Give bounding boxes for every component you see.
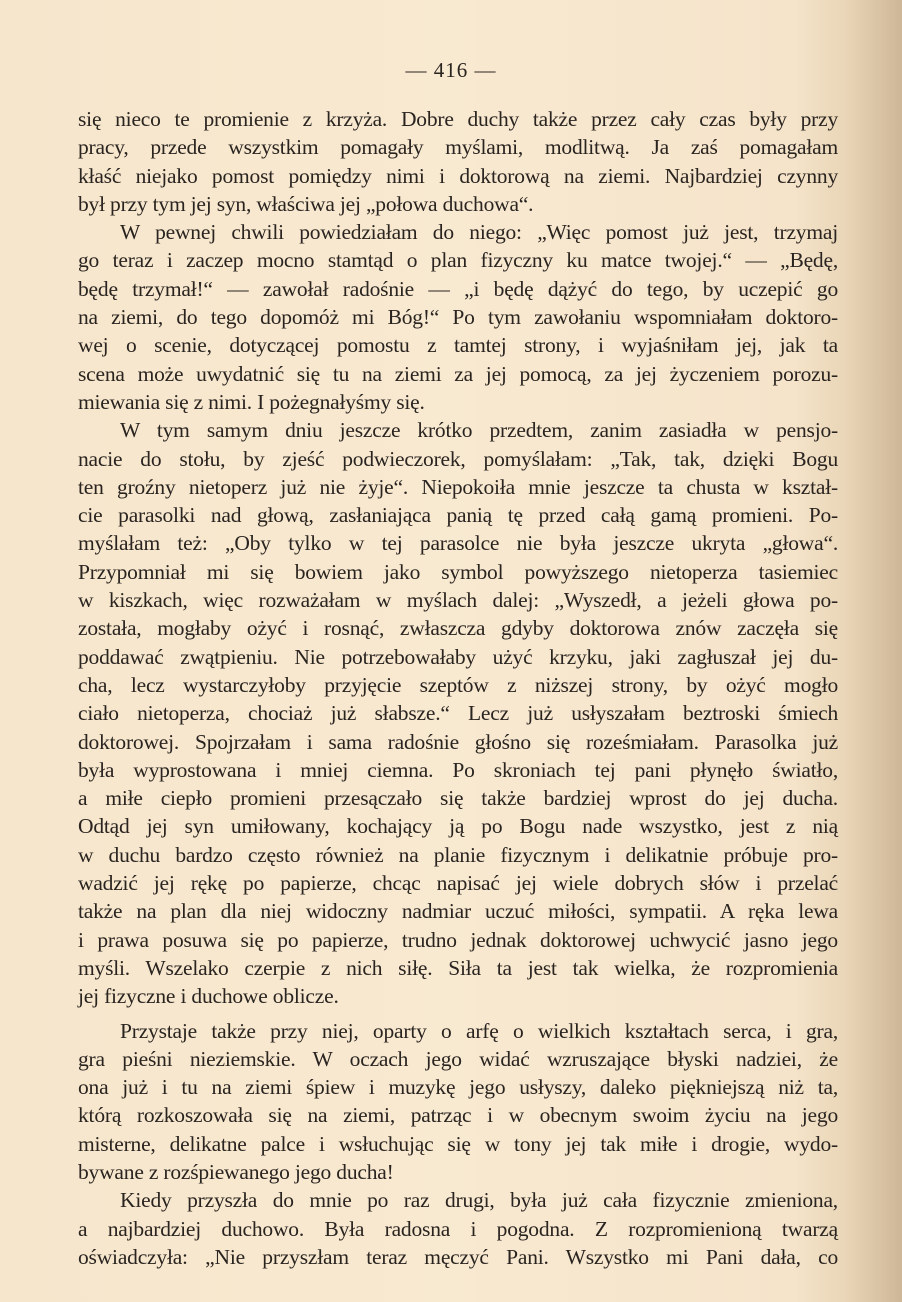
text-line: myśli. Wszelako czerpie z nich siłę. Sił… bbox=[78, 954, 838, 982]
text-line: doktorowej. Spojrzałam i sama radośnie g… bbox=[78, 728, 838, 756]
paragraph: się nieco te promienie z krzyża. Dobre d… bbox=[78, 105, 838, 218]
text-line: wej o scenie, dotyczącej pomostu z tamte… bbox=[78, 331, 838, 359]
text-line: będę trzymał!“ — zawołał radośnie — „i b… bbox=[78, 275, 838, 303]
text-line: na ziemi, do tego dopomóż mi Bóg!“ Po ty… bbox=[78, 303, 838, 331]
text-line: kłaść niejako pomost pomiędzy nimi i dok… bbox=[78, 162, 838, 190]
text-line: cha, lecz wystarczyłoby przyjęcie szeptó… bbox=[78, 671, 838, 699]
text-line: Przypomniał mi się bowiem jako symbol po… bbox=[78, 558, 838, 586]
text-line: ten groźny nietoperz już nie żyje“. Niep… bbox=[78, 473, 838, 501]
text-line: Przystaje także przy niej, oparty o arfę… bbox=[78, 1017, 838, 1045]
text-line: gra pieśni nieziemskie. W oczach jego wi… bbox=[78, 1045, 838, 1073]
text-line: ona już i tu na ziemi śpiew i muzykę jeg… bbox=[78, 1073, 838, 1101]
paragraph: Przystaje także przy niej, oparty o arfę… bbox=[78, 1017, 838, 1187]
text-line: a miłe ciepło promieni przesączało się t… bbox=[78, 784, 838, 812]
text-line: jej fizyczne i duchowe oblicze. bbox=[78, 982, 838, 1010]
text-line: myślałam też: „Oby tylko w tej parasolce… bbox=[78, 529, 838, 557]
text-line: się nieco te promienie z krzyża. Dobre d… bbox=[78, 105, 838, 133]
text-line: w duchu bardzo często również na planie … bbox=[78, 841, 838, 869]
text-line: oświadczyła: „Nie przyszłam teraz męczyć… bbox=[78, 1243, 838, 1271]
text-line: i prawa posuwa się po papierze, trudno j… bbox=[78, 926, 838, 954]
text-line: także na plan dla niej widoczny nadmiar … bbox=[78, 897, 838, 925]
text-line: Kiedy przyszła do mnie po raz drugi, był… bbox=[78, 1186, 838, 1214]
text-line: misterne, delikatne palce i wsłuchując s… bbox=[78, 1130, 838, 1158]
text-line: go teraz i zaczep mocno stamtąd o plan f… bbox=[78, 246, 838, 274]
text-line: a najbardziej duchowo. Była radosna i po… bbox=[78, 1215, 838, 1243]
text-line: cie parasolki nad głową, zasłaniająca pa… bbox=[78, 501, 838, 529]
page-number: — 416 — bbox=[0, 58, 902, 83]
paragraph: W tym samym dniu jeszcze krótko przedtem… bbox=[78, 416, 838, 1010]
text-line: bywane z rozśpiewanego jego ducha! bbox=[78, 1158, 838, 1186]
text-line: Odtąd jej syn umiłowany, kochający ją po… bbox=[78, 812, 838, 840]
paragraph: W pewnej chwili powiedziałam do niego: „… bbox=[78, 218, 838, 416]
text-line: W tym samym dniu jeszcze krótko przedtem… bbox=[78, 416, 838, 444]
text-line: nacie do stołu, by zjeść podwieczorek, p… bbox=[78, 445, 838, 473]
text-line: była wyprostowana i mniej ciemna. Po skr… bbox=[78, 756, 838, 784]
page-body: się nieco te promienie z krzyża. Dobre d… bbox=[78, 105, 838, 1271]
text-line: pracy, przede wszystkim pomagały myślami… bbox=[78, 133, 838, 161]
paragraph: Kiedy przyszła do mnie po raz drugi, był… bbox=[78, 1186, 838, 1271]
text-line: miewania się z nimi. I pożegnałyśmy się. bbox=[78, 388, 838, 416]
text-line: W pewnej chwili powiedziałam do niego: „… bbox=[78, 218, 838, 246]
text-line: ciało nietoperza, chociaż już słabsze.“ … bbox=[78, 699, 838, 727]
text-line: scena może uwydatnić się tu na ziemi za … bbox=[78, 360, 838, 388]
text-line: był przy tym jej syn, właściwa jej „poło… bbox=[78, 190, 838, 218]
text-line: w kiszkach, więc rozważałam w myślach da… bbox=[78, 586, 838, 614]
text-line: którą rozkoszowała się na ziemi, patrząc… bbox=[78, 1101, 838, 1129]
text-line: została, mogłaby ożyć i rosnąć, zwłaszcz… bbox=[78, 614, 838, 642]
text-line: wadzić jej rękę po papierze, chcąc napis… bbox=[78, 869, 838, 897]
text-line: poddawać zwątpieniu. Nie potrzebowałaby … bbox=[78, 643, 838, 671]
